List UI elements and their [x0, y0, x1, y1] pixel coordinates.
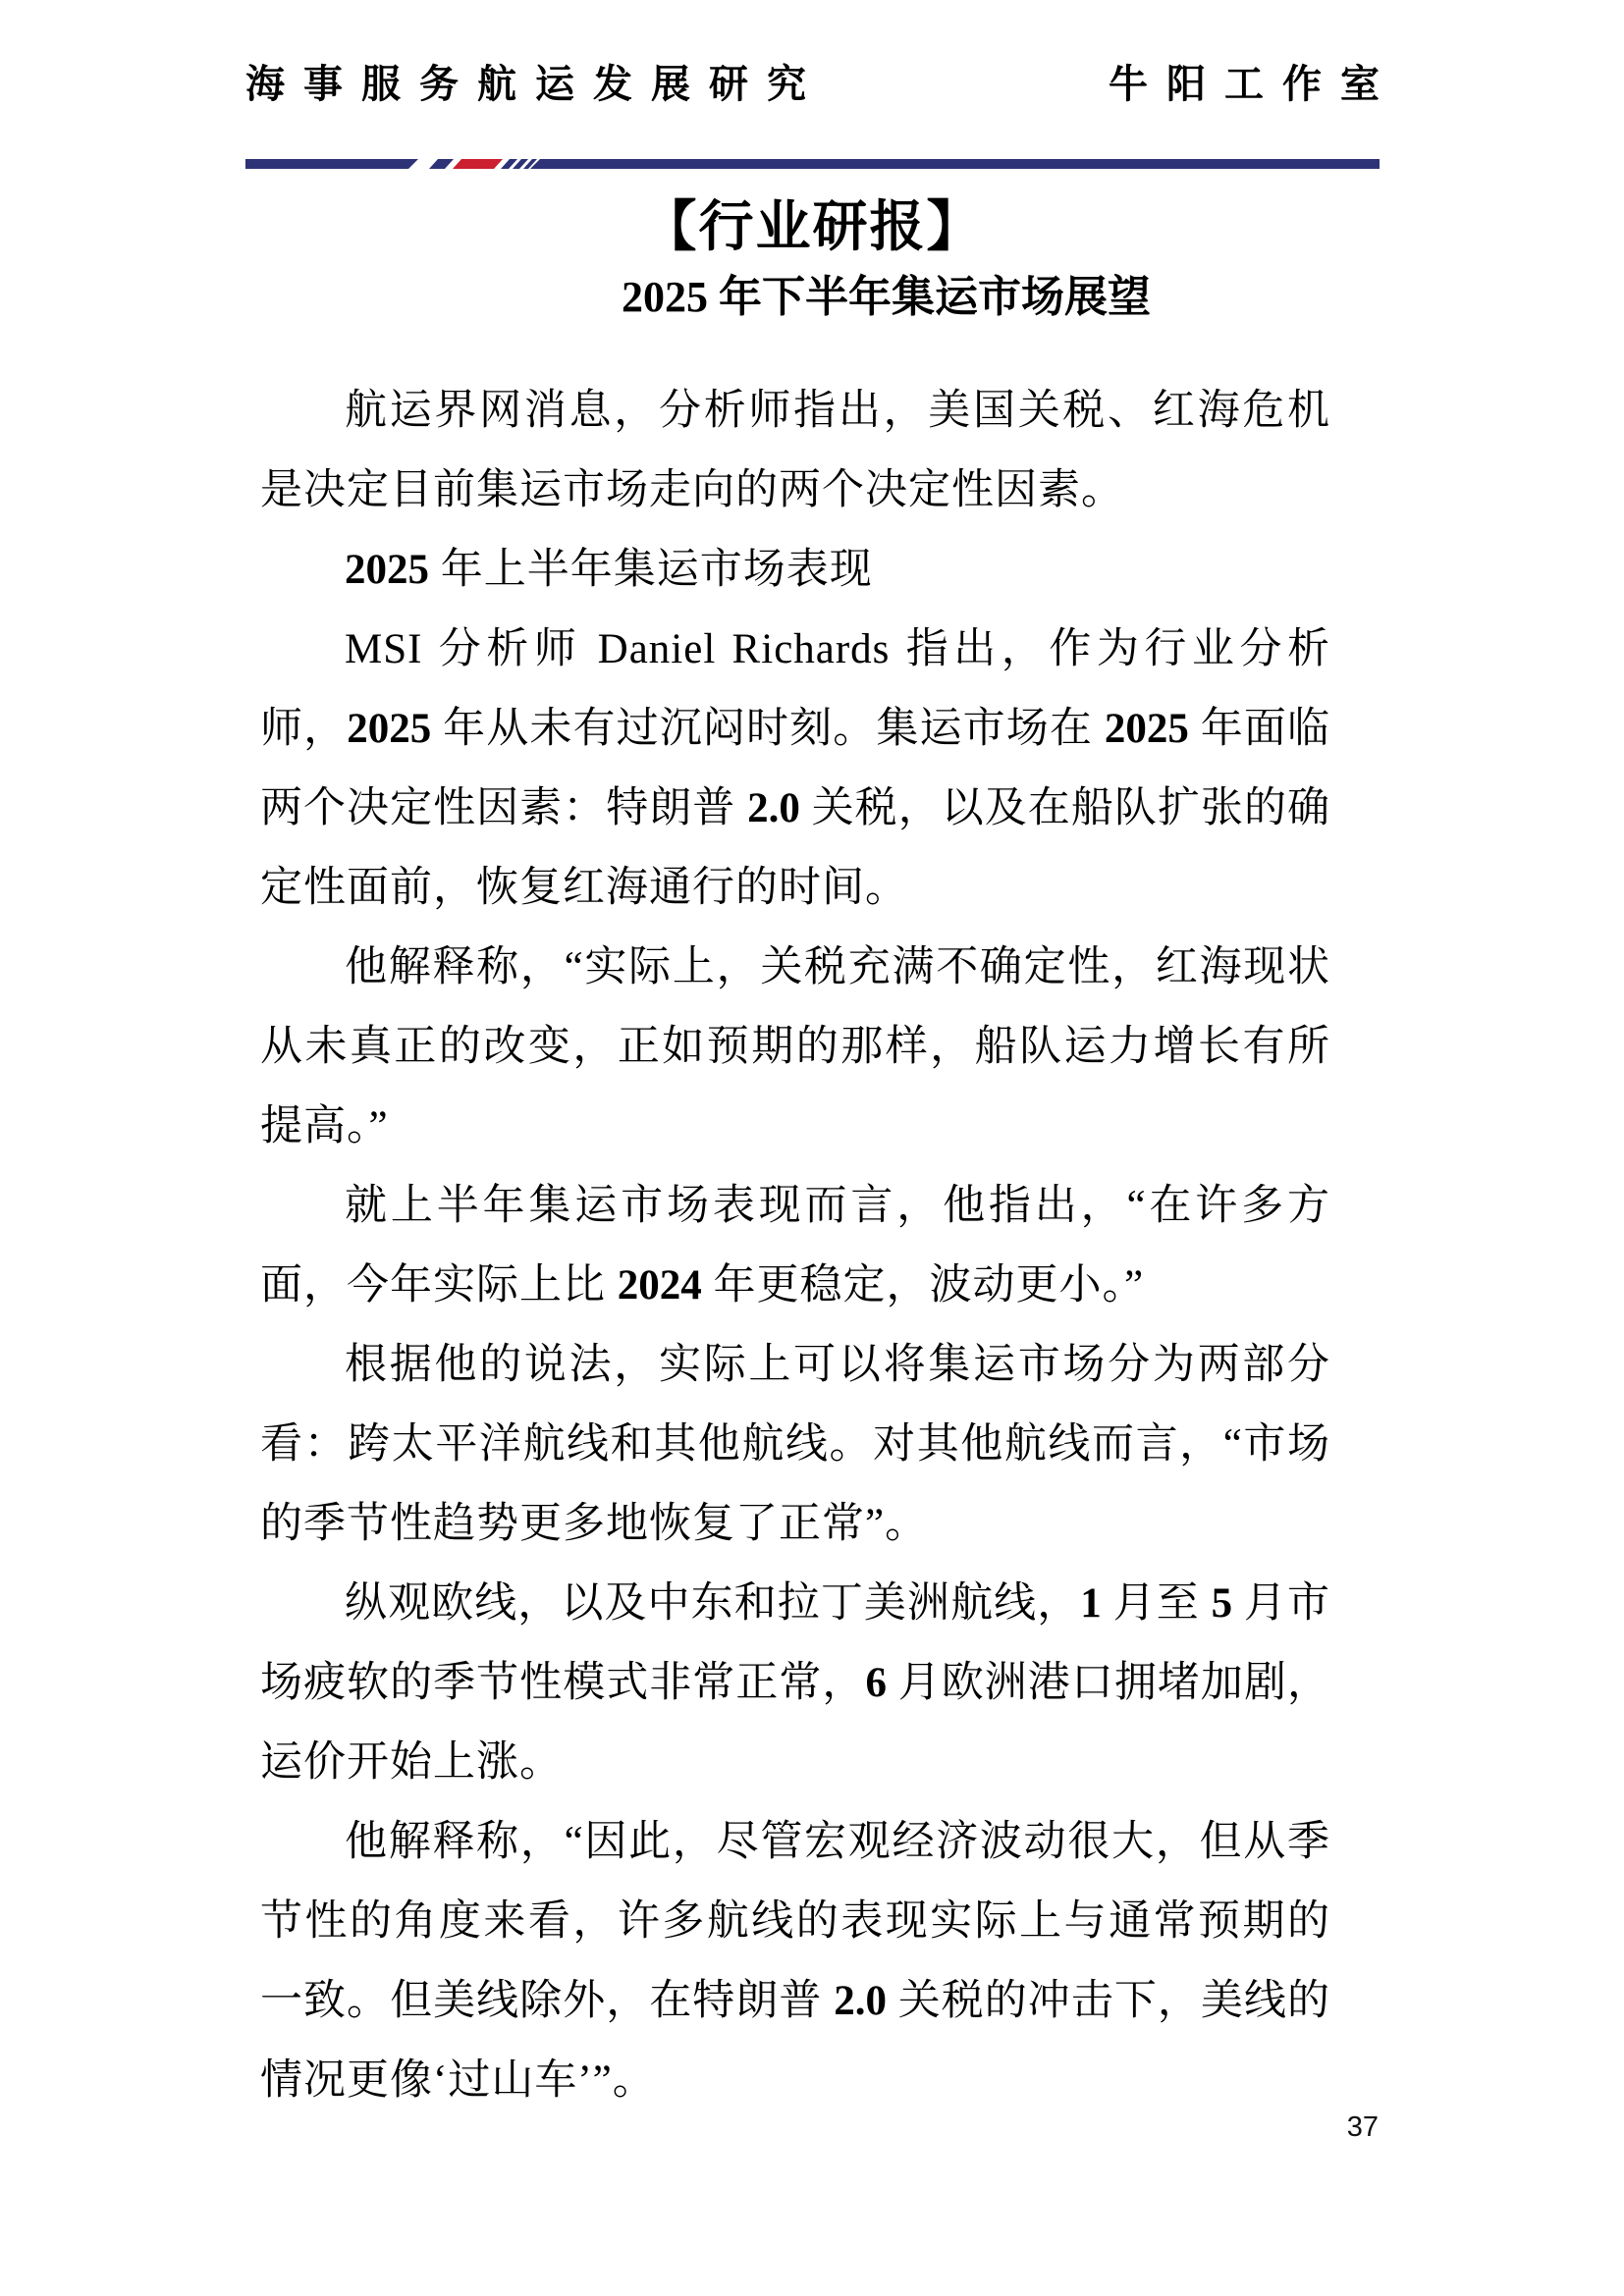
header-right-title: 牛阳工作室 — [1109, 61, 1398, 108]
paragraph: MSI 分析师 Daniel Richards 指出，作为行业分析师，2025 … — [260, 610, 1330, 928]
paragraph: 根据他的说法，实际上可以将集运市场分为两部分看：跨太平洋航线和其他航线。对其他航… — [260, 1325, 1330, 1564]
article-body: 航运界网消息，分析师指出，美国关税、红海危机是决定目前集运市场走向的两个决定性因… — [260, 371, 1330, 2120]
paragraph: 航运界网消息，分析师指出，美国关税、红海危机是决定目前集运市场走向的两个决定性因… — [260, 371, 1330, 530]
document-page: 海事服务航运发展研究 牛阳工作室 【行业研报】 2025 年下半年集运市场展望 … — [0, 0, 1624, 2296]
paragraph: 就上半年集运市场表现而言，他指出，“在许多方面，今年实际上比 2024 年更稳定… — [260, 1166, 1330, 1325]
page-number: 37 — [1347, 2110, 1379, 2144]
report-subtitle: 2025 年下半年集运市场展望 — [319, 273, 1453, 322]
paragraph: 2025 年上半年集运市场表现 — [260, 530, 1330, 610]
paragraph: 他解释称，“实际上，关税充满不确定性，红海现状从未真正的改变，正如预期的那样，船… — [260, 928, 1330, 1166]
paragraph: 他解释称，“因此，尽管宏观经济波动很大，但从季节性的角度来看，许多航线的表现实际… — [260, 1802, 1330, 2120]
page-header: 海事服务航运发展研究 牛阳工作室 — [245, 61, 1380, 108]
content-area: 海事服务航运发展研究 牛阳工作室 【行业研报】 2025 年下半年集运市场展望 … — [245, 0, 1380, 2120]
header-left-title: 海事服务航运发展研究 — [245, 61, 825, 108]
paragraph: 纵观欧线，以及中东和拉丁美洲航线，1 月至 5 月市场疲软的季节性模式非常正常，… — [260, 1564, 1330, 1802]
header-rule-divider — [245, 159, 1380, 169]
report-title: 【行业研报】 — [245, 196, 1380, 259]
